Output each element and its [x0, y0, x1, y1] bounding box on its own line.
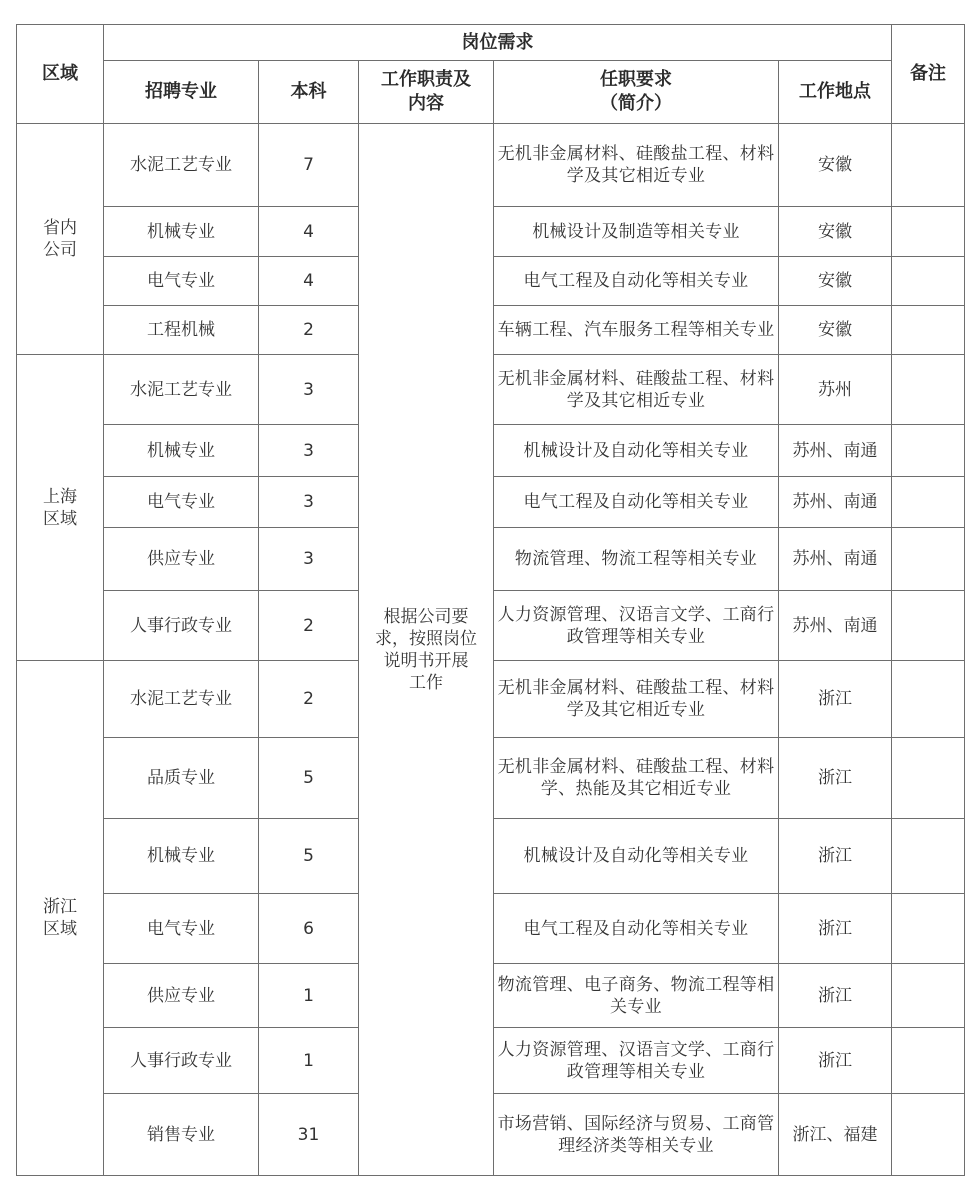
major-cell: 机械专业	[104, 425, 259, 477]
location-cell: 苏州、南通	[779, 591, 892, 661]
remarks-cell	[892, 894, 965, 964]
count-cell: 3	[259, 425, 359, 477]
region-name-line1: 省内	[17, 217, 103, 239]
region-name-line1: 上海	[17, 486, 103, 508]
count-cell: 31	[259, 1094, 359, 1176]
remarks-cell	[892, 207, 965, 257]
major-cell: 电气专业	[104, 477, 259, 528]
major-cell: 人事行政专业	[104, 1028, 259, 1094]
remarks-cell	[892, 528, 965, 591]
header-major: 招聘专业	[104, 61, 259, 124]
location-cell: 安徽	[779, 306, 892, 355]
location-cell: 安徽	[779, 257, 892, 306]
requirement-cell: 无机非金属材料、硅酸盐工程、材料学、热能及其它相近专业	[494, 738, 779, 819]
header-requirements-line2: （简介）	[494, 92, 778, 116]
major-cell: 水泥工艺专业	[104, 124, 259, 207]
region-name-line2: 区域	[17, 918, 103, 940]
major-cell: 销售专业	[104, 1094, 259, 1176]
header-region: 区域	[17, 25, 104, 124]
requirement-cell: 车辆工程、汽车服务工程等相关专业	[494, 306, 779, 355]
count-cell: 5	[259, 738, 359, 819]
region-cell: 上海 区域	[17, 355, 104, 661]
requirement-cell: 电气工程及自动化等相关专业	[494, 894, 779, 964]
count-cell: 3	[259, 477, 359, 528]
location-cell: 苏州、南通	[779, 477, 892, 528]
count-cell: 6	[259, 894, 359, 964]
major-cell: 机械专业	[104, 819, 259, 894]
major-cell: 人事行政专业	[104, 591, 259, 661]
remarks-cell	[892, 355, 965, 425]
remarks-cell	[892, 257, 965, 306]
region-name-line2: 区域	[17, 508, 103, 530]
location-cell: 苏州、南通	[779, 528, 892, 591]
count-cell: 4	[259, 207, 359, 257]
major-cell: 供应专业	[104, 528, 259, 591]
remarks-cell	[892, 738, 965, 819]
requirement-cell: 人力资源管理、汉语言文学、工商行政管理等相关专业	[494, 1028, 779, 1094]
remarks-cell	[892, 477, 965, 528]
location-cell: 浙江	[779, 964, 892, 1028]
duty-line4: 工作	[359, 672, 493, 694]
requirement-cell: 物流管理、物流工程等相关专业	[494, 528, 779, 591]
location-cell: 苏州	[779, 355, 892, 425]
requirement-cell: 人力资源管理、汉语言文学、工商行政管理等相关专业	[494, 591, 779, 661]
count-cell: 5	[259, 819, 359, 894]
requirement-cell: 无机非金属材料、硅酸盐工程、材料学及其它相近专业	[494, 124, 779, 207]
major-cell: 电气专业	[104, 894, 259, 964]
region-name-line1: 浙江	[17, 896, 103, 918]
remarks-cell	[892, 591, 965, 661]
remarks-cell	[892, 1028, 965, 1094]
remarks-cell	[892, 306, 965, 355]
location-cell: 浙江	[779, 1028, 892, 1094]
header-duties: 工作职责及 内容	[359, 61, 494, 124]
header-bachelor-count: 本科	[259, 61, 359, 124]
duty-line2: 求，按照岗位	[359, 628, 493, 650]
table-row: 省内 公司 水泥工艺专业 7 根据公司要 求，按照岗位 说明书开展 工作 无机非…	[17, 124, 965, 207]
header-requirements: 任职要求 （简介）	[494, 61, 779, 124]
requirement-cell: 市场营销、国际经济与贸易、工商管理经济类等相关专业	[494, 1094, 779, 1176]
location-cell: 安徽	[779, 207, 892, 257]
shared-duty-cell: 根据公司要 求，按照岗位 说明书开展 工作	[359, 124, 494, 1176]
count-cell: 4	[259, 257, 359, 306]
major-cell: 电气专业	[104, 257, 259, 306]
major-cell: 品质专业	[104, 738, 259, 819]
region-name-line2: 公司	[17, 239, 103, 261]
location-cell: 浙江	[779, 894, 892, 964]
requirement-cell: 电气工程及自动化等相关专业	[494, 477, 779, 528]
requirement-cell: 电气工程及自动化等相关专业	[494, 257, 779, 306]
duty-line3: 说明书开展	[359, 650, 493, 672]
count-cell: 2	[259, 591, 359, 661]
duty-line1: 根据公司要	[359, 606, 493, 628]
location-cell: 苏州、南通	[779, 425, 892, 477]
requirement-cell: 物流管理、电子商务、物流工程等相关专业	[494, 964, 779, 1028]
remarks-cell	[892, 964, 965, 1028]
remarks-cell	[892, 124, 965, 207]
remarks-cell	[892, 1094, 965, 1176]
region-cell: 省内 公司	[17, 124, 104, 355]
major-cell: 供应专业	[104, 964, 259, 1028]
header-position-demand: 岗位需求	[104, 25, 892, 61]
requirement-cell: 无机非金属材料、硅酸盐工程、材料学及其它相近专业	[494, 661, 779, 738]
location-cell: 浙江	[779, 661, 892, 738]
header-duties-line1: 工作职责及	[359, 68, 493, 92]
count-cell: 2	[259, 306, 359, 355]
header-duties-line2: 内容	[359, 92, 493, 116]
location-cell: 浙江、福建	[779, 1094, 892, 1176]
requirement-cell: 机械设计及自动化等相关专业	[494, 425, 779, 477]
header-location: 工作地点	[779, 61, 892, 124]
major-cell: 水泥工艺专业	[104, 355, 259, 425]
recruitment-table: 区域 岗位需求 备注 招聘专业 本科 工作职责及 内容 任职要求 （简介） 工作…	[16, 24, 965, 1176]
count-cell: 1	[259, 964, 359, 1028]
major-cell: 机械专业	[104, 207, 259, 257]
remarks-cell	[892, 661, 965, 738]
requirement-cell: 无机非金属材料、硅酸盐工程、材料学及其它相近专业	[494, 355, 779, 425]
count-cell: 2	[259, 661, 359, 738]
location-cell: 安徽	[779, 124, 892, 207]
remarks-cell	[892, 819, 965, 894]
location-cell: 浙江	[779, 819, 892, 894]
requirement-cell: 机械设计及自动化等相关专业	[494, 819, 779, 894]
region-cell: 浙江 区域	[17, 661, 104, 1176]
count-cell: 3	[259, 528, 359, 591]
header-remarks: 备注	[892, 25, 965, 124]
count-cell: 3	[259, 355, 359, 425]
requirement-cell: 机械设计及制造等相关专业	[494, 207, 779, 257]
count-cell: 7	[259, 124, 359, 207]
count-cell: 1	[259, 1028, 359, 1094]
major-cell: 水泥工艺专业	[104, 661, 259, 738]
major-cell: 工程机械	[104, 306, 259, 355]
remarks-cell	[892, 425, 965, 477]
header-requirements-line1: 任职要求	[494, 68, 778, 92]
location-cell: 浙江	[779, 738, 892, 819]
